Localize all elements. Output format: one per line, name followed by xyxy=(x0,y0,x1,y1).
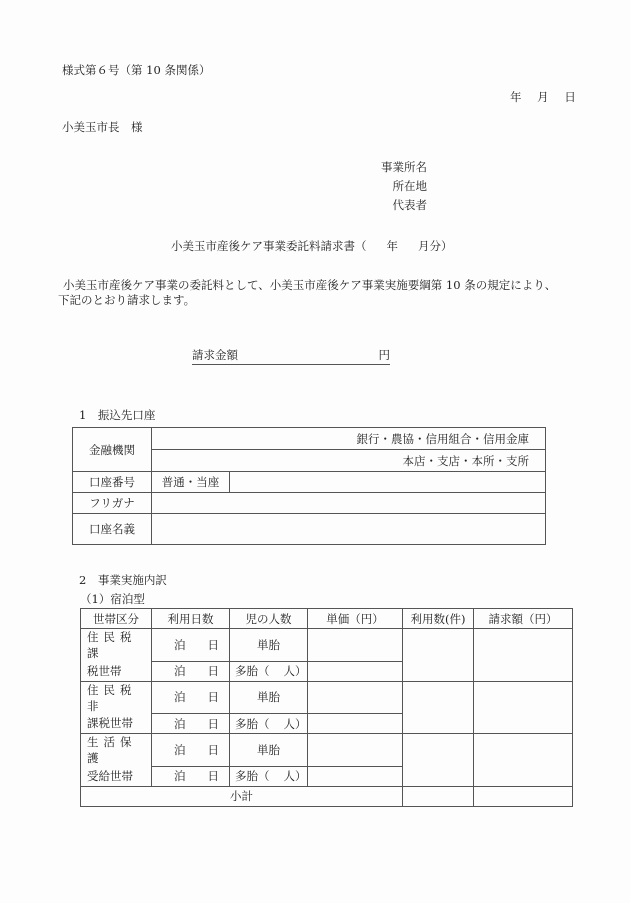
household-category: 住民税非 xyxy=(81,681,152,714)
amount-input[interactable] xyxy=(474,681,573,734)
section-2-heading: 2 事業実施内訳 xyxy=(79,572,167,588)
household-category: 住民税課 xyxy=(81,629,152,662)
location-label: 所在地 xyxy=(379,178,427,197)
request-amount-field[interactable]: 請求金額 円 xyxy=(192,347,390,365)
representative-label: 代表者 xyxy=(379,197,427,216)
multi-birth-field[interactable]: 多胎（人） xyxy=(230,766,308,786)
account-number-label: 口座番号 xyxy=(73,472,152,493)
request-statement: 小美玉市産後ケア事業の委託料として、小美玉市産後ケア事業実施要綱第 10 条の規… xyxy=(58,278,556,308)
form-number: 様式第６号（第 10 条関係） xyxy=(62,62,210,78)
days-field[interactable]: 泊日 xyxy=(152,681,230,714)
single-birth-label: 単胎 xyxy=(230,734,308,767)
col-header-children: 児の人数 xyxy=(230,609,308,629)
days-field[interactable]: 泊日 xyxy=(152,629,230,662)
bank-type-field[interactable]: 銀行・農協・信用組合・信用金庫 xyxy=(152,428,546,450)
furigana-input[interactable] xyxy=(152,493,546,514)
usage-count-input[interactable] xyxy=(403,681,474,734)
statement-line-1: 小美玉市産後ケア事業の委託料として、小美玉市産後ケア事業実施要綱第 10 条の規… xyxy=(58,278,556,293)
section-2-subheading: （1）宿泊型 xyxy=(80,591,145,607)
single-birth-label: 単胎 xyxy=(230,629,308,662)
document-title: 小美玉市産後ケア事業委託料請求書（年月分） xyxy=(171,238,453,254)
household-category-cont: 受給世帯 xyxy=(81,766,152,786)
col-header-amount: 請求額（円） xyxy=(474,609,573,629)
bank-label: 金融機関 xyxy=(73,428,152,472)
title-month: 月分） xyxy=(418,239,453,253)
account-number-input[interactable] xyxy=(230,472,546,493)
statement-line-2: 下記のとおり請求します。 xyxy=(58,293,556,308)
days-field[interactable]: 泊日 xyxy=(152,661,230,681)
household-category-cont: 課税世帯 xyxy=(81,714,152,734)
date-field: 年 月 日 xyxy=(510,89,576,105)
account-type-field[interactable]: 普通・当座 xyxy=(152,472,230,493)
multi-birth-field[interactable]: 多胎（人） xyxy=(230,661,308,681)
single-birth-label: 単胎 xyxy=(230,681,308,714)
subtotal-amount-input[interactable] xyxy=(474,786,573,806)
title-main: 小美玉市産後ケア事業委託料請求書（ xyxy=(171,239,367,253)
usage-count-input[interactable] xyxy=(403,734,474,787)
days-field[interactable]: 泊日 xyxy=(152,766,230,786)
branch-type-field[interactable]: 本店・支店・本所・支所 xyxy=(152,450,546,472)
addressee: 小美玉市長 様 xyxy=(62,119,143,135)
business-info: 事業所名 所在地 代表者 xyxy=(379,159,427,216)
section-1-heading: 1 振込先口座 xyxy=(79,407,155,423)
unit-price-input[interactable] xyxy=(308,661,403,681)
unit-price-input[interactable] xyxy=(308,734,403,767)
table-row: 住民税非 泊日 単胎 xyxy=(81,681,573,714)
title-year: 年 xyxy=(387,239,399,253)
amount-input[interactable] xyxy=(474,629,573,682)
table-row: 住民税課 泊日 単胎 xyxy=(81,629,573,662)
subtotal-row: 小計 xyxy=(81,786,573,806)
col-header-unit-price: 単価（円） xyxy=(308,609,403,629)
amount-input[interactable] xyxy=(474,734,573,787)
bank-account-table: 金融機関 銀行・農協・信用組合・信用金庫 本店・支店・本所・支所 口座番号 普通… xyxy=(72,427,546,545)
household-category-cont: 税世帯 xyxy=(81,661,152,681)
household-category: 生活保護 xyxy=(81,734,152,767)
business-name-label: 事業所名 xyxy=(379,159,427,178)
date-year: 年 xyxy=(510,90,522,104)
col-header-household: 世帯区分 xyxy=(81,609,152,629)
unit-price-input[interactable] xyxy=(308,714,403,734)
subtotal-label: 小計 xyxy=(81,786,403,806)
date-day: 日 xyxy=(564,90,576,104)
unit-price-input[interactable] xyxy=(308,766,403,786)
account-name-input[interactable] xyxy=(152,514,546,545)
col-header-days: 利用日数 xyxy=(152,609,230,629)
account-name-label: 口座名義 xyxy=(73,514,152,545)
date-month: 月 xyxy=(537,90,549,104)
service-breakdown-table: 世帯区分 利用日数 児の人数 単価（円） 利用数(件) 請求額（円） 住民税課 … xyxy=(80,608,573,807)
usage-count-input[interactable] xyxy=(403,629,474,682)
amount-unit: 円 xyxy=(379,347,391,363)
furigana-label: フリガナ xyxy=(73,493,152,514)
col-header-usage-count: 利用数(件) xyxy=(403,609,474,629)
table-row: 生活保護 泊日 単胎 xyxy=(81,734,573,767)
table-header-row: 世帯区分 利用日数 児の人数 単価（円） 利用数(件) 請求額（円） xyxy=(81,609,573,629)
unit-price-input[interactable] xyxy=(308,629,403,662)
subtotal-count-input[interactable] xyxy=(403,786,474,806)
multi-birth-field[interactable]: 多胎（人） xyxy=(230,714,308,734)
unit-price-input[interactable] xyxy=(308,681,403,714)
days-field[interactable]: 泊日 xyxy=(152,734,230,767)
days-field[interactable]: 泊日 xyxy=(152,714,230,734)
amount-label: 請求金額 xyxy=(192,347,238,363)
